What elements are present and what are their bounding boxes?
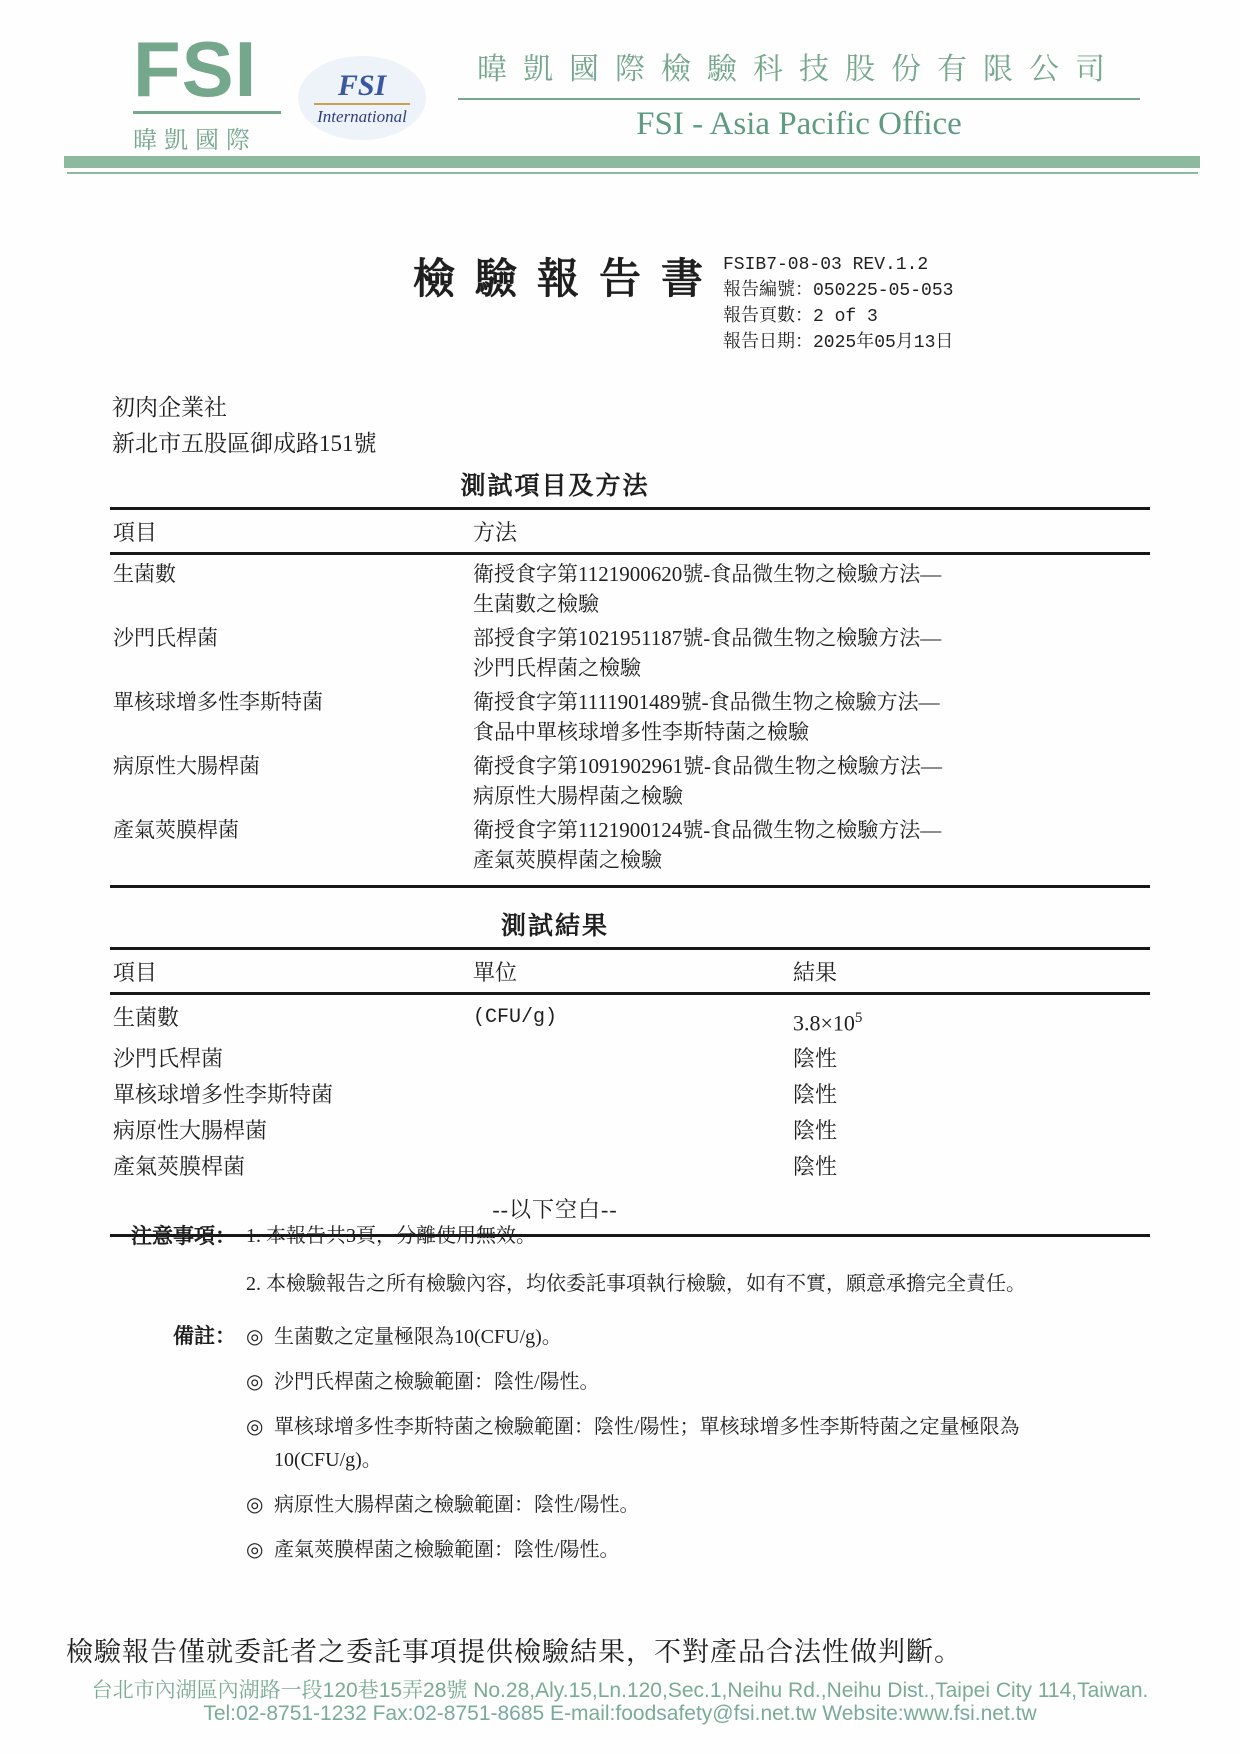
report-date: 報告日期：2025年05月13日 [723, 330, 953, 356]
remark-item: ◎ 沙門氏桿菌之檢驗範圍：陰性/陽性。 [246, 1367, 1180, 1397]
results-col-item: 項目 [110, 956, 473, 987]
method-item: 生菌數 [110, 559, 473, 619]
notice-item: 1. 本報告共3頁，分離使用無效。 [246, 1222, 1180, 1251]
remark-bullet-icon: ◎ [246, 1412, 274, 1442]
remarks-label: 備註： [110, 1322, 236, 1580]
method-item: 病原性大腸桿菌 [110, 751, 473, 811]
method-text: 衛授食字第1091902961號-食品微生物之檢驗方法— 病原性大腸桿菌之檢驗 [473, 751, 1150, 811]
result-value: 陰性 [793, 1113, 1150, 1149]
remarks-row: 備註： ◎ 生菌數之定量極限為10(CFU/g)。 ◎ 沙門氏桿菌之檢驗範圍：陰… [110, 1322, 1180, 1580]
method-row: 生菌數 衛授食字第1121900620號-食品微生物之檢驗方法— 生菌數之檢驗 [110, 555, 1150, 619]
badge-fsi-text: FSI [338, 71, 386, 101]
notice-item: 2. 本檢驗報告之所有檢驗內容，均依委託事項執行檢驗，如有不實，願意承擔完全責任… [246, 1270, 1180, 1299]
result-value: 陰性 [793, 1077, 1150, 1113]
method-line-1: 衛授食字第1121900620號-食品微生物之檢驗方法— [473, 559, 1150, 589]
method-row: 單核球增多性李斯特菌 衛授食字第1111901489號-食品微生物之檢驗方法— … [110, 683, 1150, 747]
remark-text: 生菌數之定量極限為10(CFU/g)。 [274, 1322, 1180, 1352]
result-value: 陰性 [793, 1041, 1150, 1077]
methods-title: 測試項目及方法 [110, 466, 1000, 502]
method-line-1: 衛授食字第1121900124號-食品微生物之檢驗方法— [473, 815, 1150, 845]
logo-subtitle: 暐凱國際 [133, 120, 281, 155]
report-number: 報告編號：050225-05-053 [723, 278, 953, 304]
badge-gold-divider [314, 103, 410, 105]
result-value: 3.8×105 [793, 1000, 1150, 1041]
fsi-international-badge: FSI International [298, 56, 426, 140]
report-date-label: 報告日期： [723, 333, 813, 353]
method-line-1: 衛授食字第1111901489號-食品微生物之檢驗方法— [473, 687, 1150, 717]
result-item: 生菌數 [110, 1000, 473, 1041]
result-value-base: 3.8×10 [793, 1010, 855, 1035]
end-of-data-note: --以下空白-- [110, 1193, 1000, 1224]
badge-international-text: International [317, 108, 407, 126]
method-text: 衛授食字第1121900124號-食品微生物之檢驗方法— 產氣莢膜桿菌之檢驗 [473, 815, 1150, 875]
method-text: 部授食字第1021951187號-食品微生物之檢驗方法— 沙門氏桿菌之檢驗 [473, 623, 1150, 683]
results-header-row: 項目 單位 結果 [110, 950, 1150, 992]
remarks-items: ◎ 生菌數之定量極限為10(CFU/g)。 ◎ 沙門氏桿菌之檢驗範圍：陰性/陽性… [236, 1322, 1180, 1580]
report-number-value: 050225-05-053 [813, 281, 953, 301]
client-name: 初肉企業社 [112, 390, 377, 426]
method-line-2: 病原性大腸桿菌之檢驗 [473, 781, 1150, 811]
remark-text: 病原性大腸桿菌之檢驗範圍：陰性/陽性。 [274, 1490, 1180, 1520]
result-value: 陰性 [793, 1149, 1150, 1185]
header-green-line [67, 172, 1198, 174]
result-value-exponent: 5 [855, 1010, 863, 1026]
remark-item: ◎ 產氣莢膜桿菌之檢驗範圍：陰性/陽性。 [246, 1535, 1180, 1565]
result-unit: (CFU/g) [473, 1000, 793, 1041]
result-row: 沙門氏桿菌 陰性 [110, 1041, 1150, 1077]
method-item: 單核球增多性李斯特菌 [110, 687, 473, 747]
result-unit [473, 1041, 793, 1077]
result-row: 病原性大腸桿菌 陰性 [110, 1113, 1150, 1149]
remark-text: 沙門氏桿菌之檢驗範圍：陰性/陽性。 [274, 1367, 1180, 1397]
results-body: 生菌數 (CFU/g) 3.8×105 沙門氏桿菌 陰性 單核球增多性李斯特菌 … [110, 995, 1150, 1185]
method-line-2: 生菌數之檢驗 [473, 589, 1150, 619]
method-line-2: 沙門氏桿菌之檢驗 [473, 653, 1150, 683]
results-section: 測試結果 項目 單位 結果 生菌數 (CFU/g) 3.8×105 沙門氏桿菌 … [110, 906, 1150, 1237]
result-item: 產氣莢膜桿菌 [110, 1149, 473, 1185]
result-item: 沙門氏桿菌 [110, 1041, 473, 1077]
report-page: FSI 暐凱國際 FSI International 暐凱國際檢驗科技股份有限公… [0, 0, 1240, 1754]
results-title: 測試結果 [110, 906, 1000, 942]
report-title: 檢驗報告書 [413, 246, 723, 306]
remark-bullet-icon: ◎ [246, 1367, 274, 1397]
header-company-block: 暐凱國際檢驗科技股份有限公司 FSI - Asia Pacific Office [458, 44, 1140, 143]
result-item: 病原性大腸桿菌 [110, 1113, 473, 1149]
result-item: 單核球增多性李斯特菌 [110, 1077, 473, 1113]
remark-item: ◎ 生菌數之定量極限為10(CFU/g)。 [246, 1322, 1180, 1352]
report-date-value: 2025年05月13日 [813, 333, 953, 353]
report-pages: 報告頁數：2 of 3 [723, 304, 953, 330]
client-block: 初肉企業社 新北市五股區御成路151號 [112, 390, 377, 462]
result-unit [473, 1113, 793, 1149]
company-underline [458, 98, 1140, 100]
method-item: 沙門氏桿菌 [110, 623, 473, 683]
method-row: 產氣莢膜桿菌 衛授食字第1121900124號-食品微生物之檢驗方法— 產氣莢膜… [110, 811, 1150, 875]
methods-rule-bottom [110, 885, 1150, 888]
result-unit [473, 1149, 793, 1185]
form-code: FSIB7-08-03 REV.1.2 [723, 252, 953, 278]
method-item: 產氣莢膜桿菌 [110, 815, 473, 875]
methods-col-item: 項目 [110, 516, 473, 547]
method-row: 病原性大腸桿菌 衛授食字第1091902961號-食品微生物之檢驗方法— 病原性… [110, 747, 1150, 811]
footer-contact: Tel:02-8751-1232 Fax:02-8751-8685 E-mail… [0, 1702, 1240, 1726]
results-col-unit: 單位 [473, 956, 793, 987]
company-name-zh: 暐凱國際檢驗科技股份有限公司 [458, 44, 1140, 88]
method-line-2: 食品中單核球增多性李斯特菌之檢驗 [473, 717, 1150, 747]
remark-item: ◎ 病原性大腸桿菌之檢驗範圍：陰性/陽性。 [246, 1490, 1180, 1520]
remark-bullet-icon: ◎ [246, 1535, 274, 1565]
methods-section: 測試項目及方法 項目 方法 生菌數 衛授食字第1121900620號-食品微生物… [110, 466, 1150, 888]
method-text: 衛授食字第1111901489號-食品微生物之檢驗方法— 食品中單核球增多性李斯… [473, 687, 1150, 747]
footer-disclaimer: 檢驗報告僅就委託者之委託事項提供檢驗結果，不對產品合法性做判斷。 [66, 1630, 962, 1669]
method-line-1: 衛授食字第1091902961號-食品微生物之檢驗方法— [473, 751, 1150, 781]
methods-col-method: 方法 [473, 516, 1150, 547]
report-pages-value: 2 of 3 [813, 307, 878, 327]
method-line-1: 部授食字第1021951187號-食品微生物之檢驗方法— [473, 623, 1150, 653]
result-unit [473, 1077, 793, 1113]
result-row: 產氣莢膜桿菌 陰性 [110, 1149, 1150, 1185]
report-pages-label: 報告頁數： [723, 307, 813, 327]
method-text: 衛授食字第1121900620號-食品微生物之檢驗方法— 生菌數之檢驗 [473, 559, 1150, 619]
office-name: FSI - Asia Pacific Office [458, 106, 1140, 143]
method-line-2: 產氣莢膜桿菌之檢驗 [473, 845, 1150, 875]
method-row: 沙門氏桿菌 部授食字第1021951187號-食品微生物之檢驗方法— 沙門氏桿菌… [110, 619, 1150, 683]
header-green-bar [64, 156, 1200, 168]
notices-label: 注意事項： [110, 1222, 236, 1318]
remark-text: 單核球增多性李斯特菌之檢驗範圍：陰性/陽性；單核球增多性李斯特菌之定量極限為 [274, 1412, 1180, 1442]
remark-item: ◎ 單核球增多性李斯特菌之檢驗範圍：陰性/陽性；單核球增多性李斯特菌之定量極限為 [246, 1412, 1180, 1442]
client-address: 新北市五股區御成路151號 [112, 426, 377, 462]
results-col-result: 結果 [793, 956, 1150, 987]
notices-row: 注意事項： 1. 本報告共3頁，分離使用無效。 2. 本檢驗報告之所有檢驗內容，… [110, 1222, 1180, 1318]
notices-items: 1. 本報告共3頁，分離使用無效。 2. 本檢驗報告之所有檢驗內容，均依委託事項… [236, 1222, 1180, 1318]
report-number-label: 報告編號： [723, 281, 813, 301]
footer-address: 台北市內湖區內湖路一段120巷15弄28號 No.28,Aly.15,Ln.12… [0, 1674, 1240, 1704]
remark-bullet-icon: ◎ [246, 1322, 274, 1352]
fsi-logo: FSI 暐凱國際 [133, 32, 281, 155]
notes-block: 注意事項： 1. 本報告共3頁，分離使用無效。 2. 本檢驗報告之所有檢驗內容，… [110, 1222, 1180, 1580]
result-row: 單核球增多性李斯特菌 陰性 [110, 1077, 1150, 1113]
report-meta: FSIB7-08-03 REV.1.2 報告編號：050225-05-053 報… [723, 252, 953, 356]
remark-text-continued: 10(CFU/g)。 [274, 1445, 1180, 1475]
methods-header-row: 項目 方法 [110, 510, 1150, 552]
logo-fsi-text: FSI [133, 32, 281, 106]
remark-text: 產氣莢膜桿菌之檢驗範圍：陰性/陽性。 [274, 1535, 1180, 1565]
remark-bullet-icon: ◎ [246, 1490, 274, 1520]
result-row: 生菌數 (CFU/g) 3.8×105 [110, 1000, 1150, 1041]
